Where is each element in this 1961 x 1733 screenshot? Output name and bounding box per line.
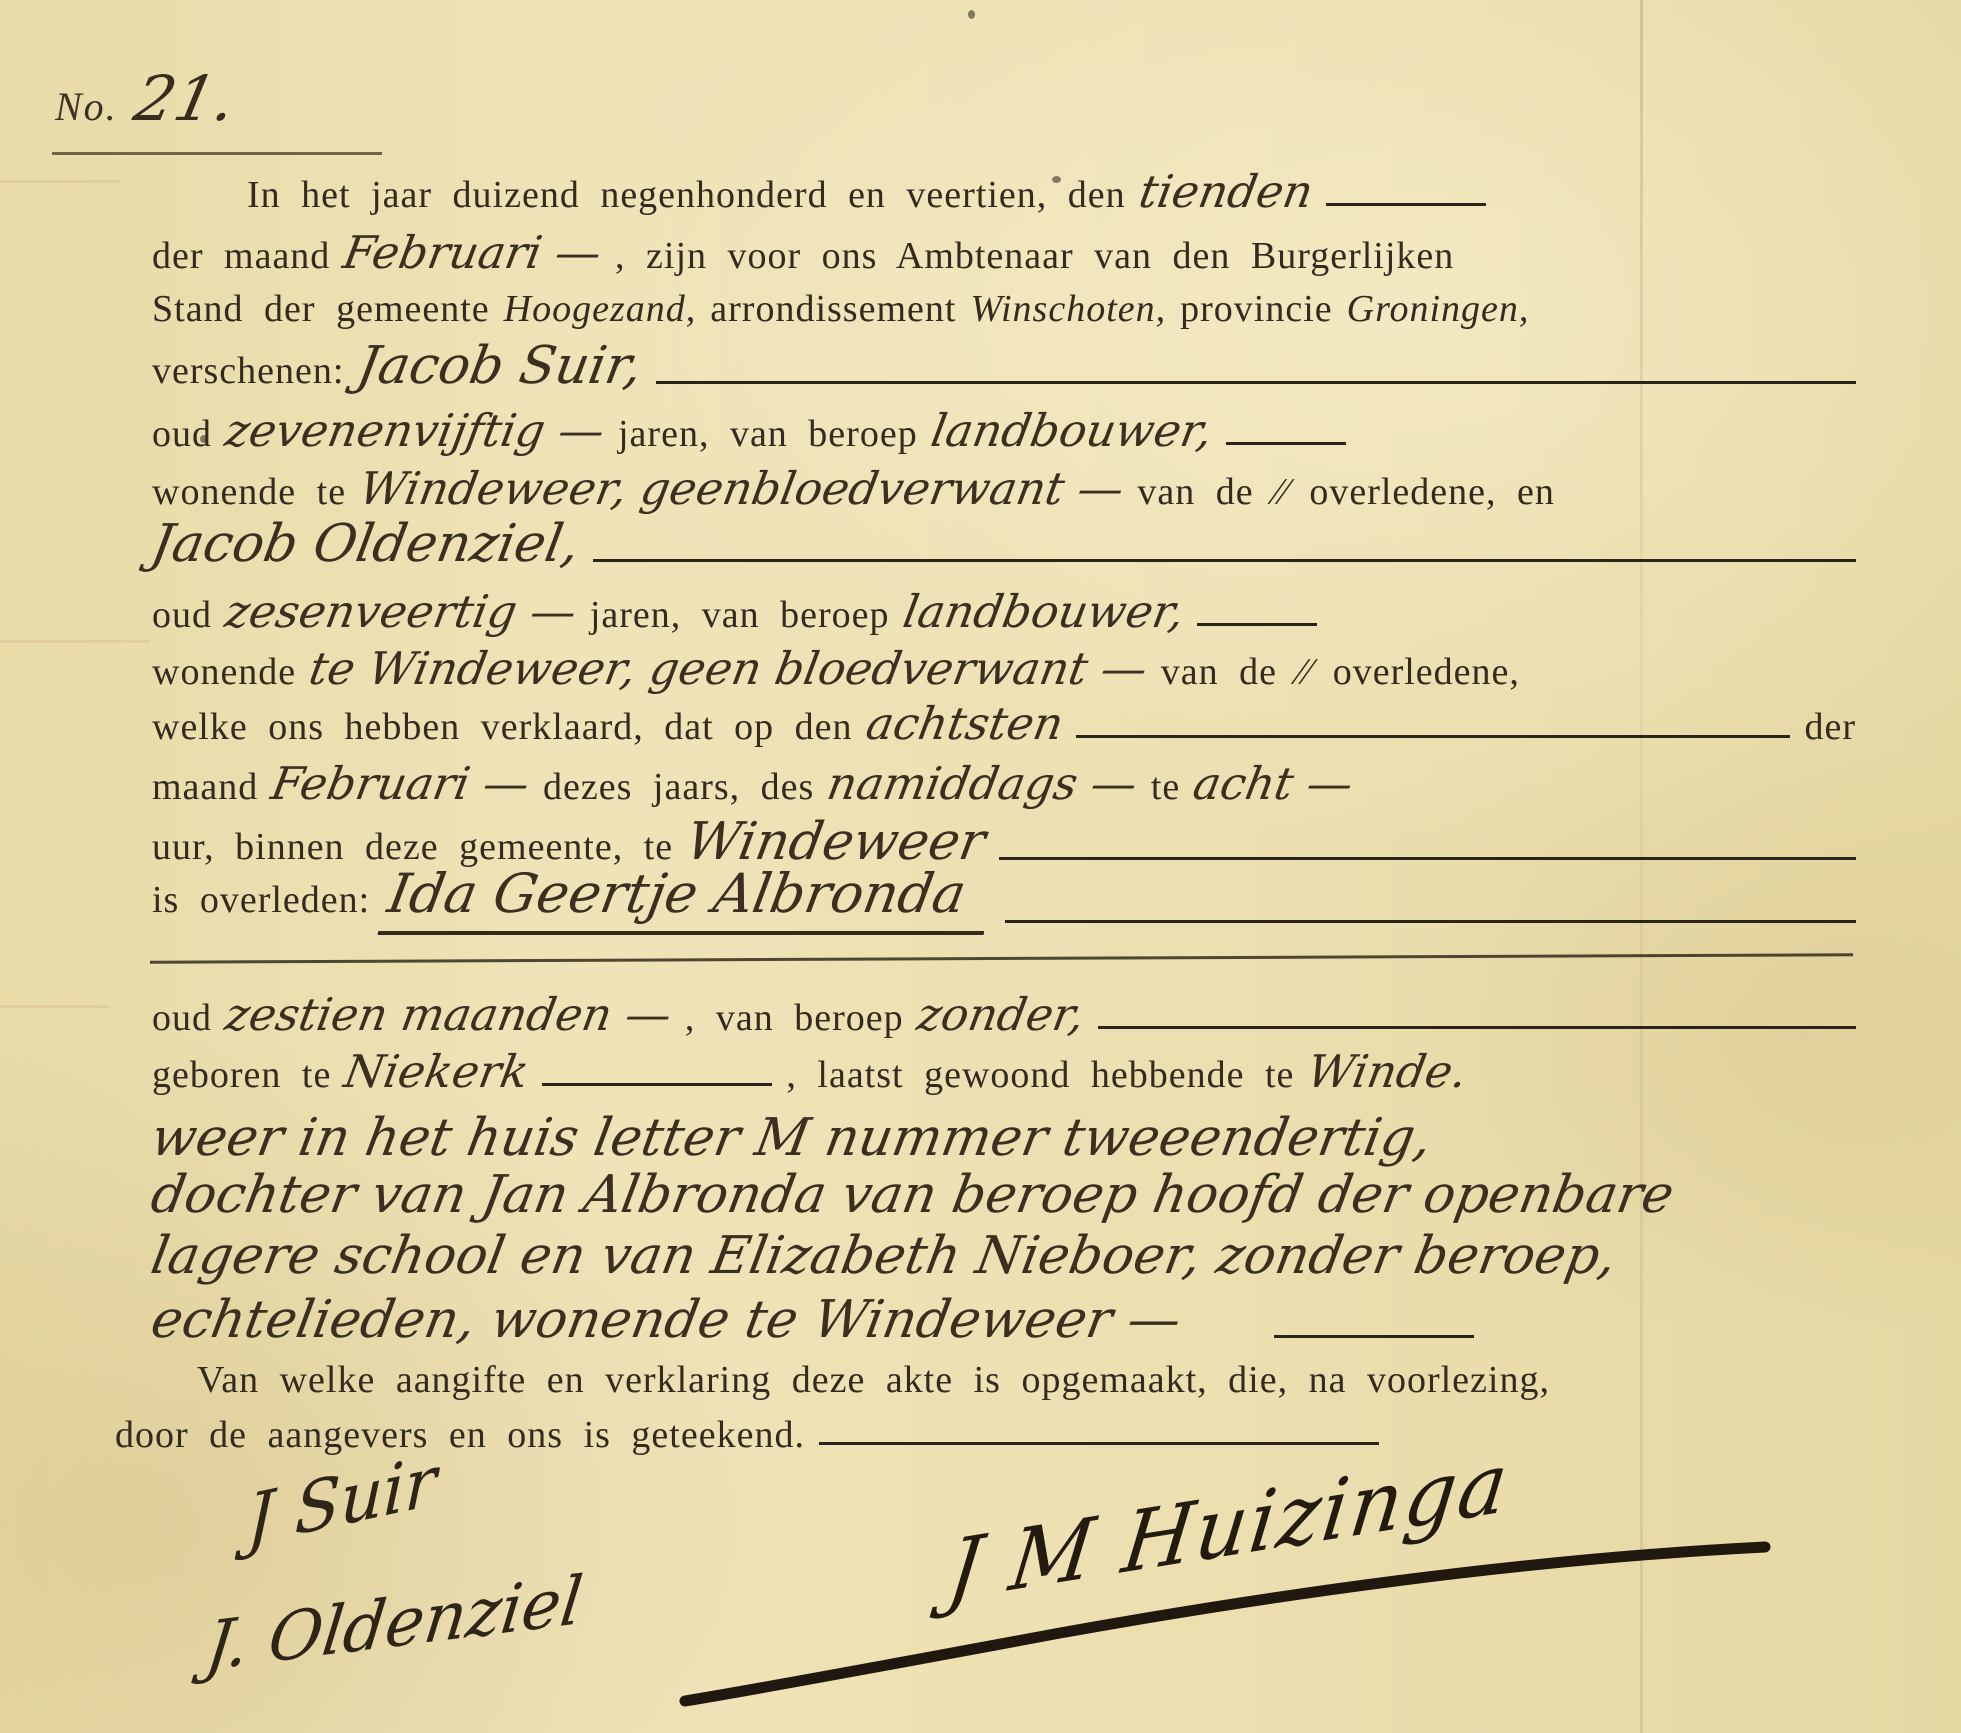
fill-line: [1076, 735, 1790, 738]
signature-declarant-suir: J Suir: [246, 1441, 438, 1563]
handwritten-last-residence: Winde.: [1304, 1045, 1472, 1098]
printed-text: wonende: [152, 650, 296, 694]
printed-text: Stand der gemeente: [152, 287, 490, 331]
act-line-1: In het jaar duizend negenhonderd en veer…: [152, 165, 1856, 218]
fill-line: [656, 381, 1856, 384]
handwritten-house-address: weer in het huis letter M nummer tweeend…: [147, 1108, 1437, 1168]
fill-line: [999, 857, 1856, 860]
act-line-13: is overleden: Ida Geertje Albronda: [152, 862, 1856, 935]
printed-text: oud: [152, 996, 212, 1040]
printed-closing-text: Van welke aangifte en verklaring deze ak…: [197, 1358, 1550, 1402]
handwritten-declarant-2-name: Jacob Oldenziel,: [147, 514, 584, 574]
printed-text: der: [1804, 705, 1856, 749]
printed-text: wonende te: [152, 470, 346, 514]
handwritten-father-info: dochter van Jan Albronda van beroep hoof…: [147, 1165, 1679, 1225]
act-line-3: Stand der gemeente Hoogezand, arrondisse…: [152, 287, 1856, 331]
paper-streak: [0, 1005, 110, 1008]
printed-text: oud: [152, 593, 212, 637]
printed-text: jaren, van beroep: [618, 412, 918, 456]
province-name: Groningen,: [1347, 287, 1530, 331]
fill-line: [1326, 203, 1486, 206]
fill-line: [1274, 1335, 1474, 1338]
blank-ruled-line: [150, 953, 1853, 963]
fill-line: [1098, 1026, 1856, 1029]
printed-text: jaren, van beroep: [590, 593, 890, 637]
handwritten-residence: te Windeweer, geen bloedverwant —: [306, 642, 1152, 695]
handwritten-occupation: landbouwer,: [927, 404, 1216, 457]
handwritten-death-month: Februari —: [268, 757, 534, 810]
act-number: No. 21.: [55, 62, 234, 135]
act-line-16: geboren te Niekerk , laatst gewoond hebb…: [152, 1045, 1856, 1098]
handwritten-parents-residence: echtelieden, wonende te Windeweer —: [147, 1290, 1186, 1350]
district-name: Winschoten,: [970, 287, 1166, 331]
printed-text: arrondissement: [710, 287, 956, 331]
paper-streak: [0, 640, 150, 643]
handwritten-age: zevenenvijftig —: [221, 404, 608, 457]
handwritten-death-day: achtsten: [862, 697, 1067, 750]
fill-line: [1005, 920, 1856, 923]
printed-text: van de ∕∕ overledene, en: [1137, 470, 1554, 514]
act-line-2: der maand Februari — , zijn voor ons Amb…: [152, 226, 1856, 279]
death-certificate-scan: No. 21. In het jaar duizend negenhonderd…: [0, 0, 1961, 1733]
handwritten-deceased-name: Ida Geertje Albronda: [378, 862, 997, 935]
act-line-4: verschenen: Jacob Suir,: [152, 336, 1856, 396]
municipality-name: Hoogezand,: [504, 287, 697, 331]
act-number-underline: [52, 152, 382, 155]
fill-line: [1197, 623, 1317, 626]
printed-text: dezes jaars, des: [543, 765, 814, 809]
handwritten-age: zesenveertig —: [221, 585, 580, 638]
act-line-9: wonende te Windeweer, geen bloedverwant …: [152, 642, 1856, 695]
printed-text: , van beroep: [685, 996, 904, 1040]
handwritten-mother-info: lagere school en van Elizabeth Nieboer, …: [147, 1226, 1621, 1286]
fill-line: [819, 1442, 1379, 1445]
fill-line: [593, 559, 1856, 562]
paper-streak: [0, 180, 120, 183]
signature-declarant-oldenziel: J. Oldenziel: [202, 1561, 587, 1686]
act-line-20: echtelieden, wonende te Windeweer —: [152, 1290, 1856, 1350]
handwritten-residence: Windeweer, geenbloedverwant —: [355, 462, 1128, 515]
act-line-15: oud zestien maanden — , van beroep zonde…: [152, 988, 1856, 1041]
fill-line: [542, 1083, 772, 1086]
handwritten-day: tienden: [1135, 165, 1317, 218]
handwritten-day-part: namiddags —: [824, 757, 1142, 810]
printed-text: is overleden:: [152, 878, 370, 922]
act-line-8: oud zesenveertig — jaren, van beroep lan…: [152, 585, 1856, 638]
handwritten-hour: acht —: [1190, 757, 1358, 810]
act-number-label: No.: [55, 83, 118, 130]
printed-text: te: [1151, 765, 1180, 809]
printed-text: geboren te: [152, 1053, 331, 1097]
act-line-19: lagere school en van Elizabeth Nieboer, …: [152, 1226, 1856, 1286]
handwritten-deceased-age: zestien maanden —: [221, 988, 675, 1041]
act-line-22: door de aangevers en ons is geteekend.: [115, 1413, 1856, 1457]
printed-text: der maand: [152, 234, 330, 278]
act-line-6: wonende te Windeweer, geenbloedverwant —…: [152, 462, 1856, 515]
act-line-21: Van welke aangifte en verklaring deze ak…: [152, 1358, 1856, 1402]
ink-speck: [968, 10, 975, 19]
fill-line: [1226, 442, 1346, 445]
printed-text: van de ∕∕ overledene,: [1161, 650, 1520, 694]
act-line-7: Jacob Oldenziel,: [152, 514, 1856, 574]
printed-text: verschenen:: [152, 349, 344, 393]
handwritten-deceased-occupation: zonder,: [913, 988, 1088, 1041]
printed-closing-text: door de aangevers en ons is geteekend.: [115, 1413, 805, 1457]
printed-text: welke ons hebben verklaard, dat op den: [152, 705, 853, 749]
act-number-value: 21.: [128, 62, 242, 135]
handwritten-birthplace: Niekerk: [341, 1045, 533, 1098]
printed-text: maand: [152, 765, 258, 809]
act-line-17: weer in het huis letter M nummer tweeend…: [152, 1108, 1856, 1168]
handwritten-declarant-1-name: Jacob Suir,: [353, 336, 647, 396]
printed-text: In het jaar duizend negenhonderd en veer…: [247, 173, 1126, 217]
printed-text: , laatst gewoond hebbende te: [786, 1053, 1294, 1097]
handwritten-month: Februari —: [340, 226, 606, 279]
printed-text: , zijn voor ons Ambtenaar van den Burger…: [615, 234, 1454, 278]
act-line-10: welke ons hebben verklaard, dat op den a…: [152, 697, 1856, 750]
act-line-5: oud zevenenvijftig — jaren, van beroep l…: [152, 404, 1856, 457]
handwritten-occupation: landbouwer,: [899, 585, 1188, 638]
act-line-18: dochter van Jan Albronda van beroep hoof…: [152, 1165, 1856, 1225]
printed-text: oud: [152, 412, 212, 456]
printed-text: provincie: [1180, 287, 1333, 331]
act-line-11: maand Februari — dezes jaars, des namidd…: [152, 757, 1856, 810]
